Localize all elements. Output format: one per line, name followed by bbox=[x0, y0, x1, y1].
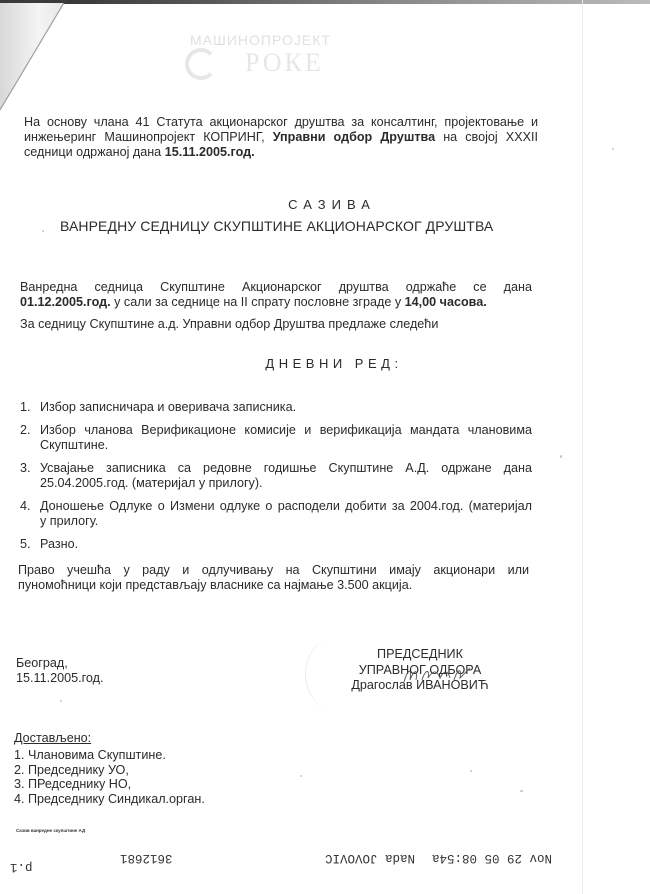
scan-speck bbox=[612, 148, 614, 150]
delivered-heading: Достављено: bbox=[14, 731, 205, 748]
agenda-item: 3. Усвајање записника са редовне годишње… bbox=[20, 461, 532, 491]
intro-line-3: седници одржаној дана 15.11.2005.год. bbox=[24, 145, 538, 160]
letterhead-top-text: МАШИНОПРОЈЕКТ bbox=[190, 32, 331, 48]
scan-speck bbox=[42, 230, 44, 232]
handwritten-signature-icon bbox=[400, 664, 480, 686]
scanned-document-page: МАШИНОПРОЈЕКТ РОКЕ На основу члана 41 Ст… bbox=[0, 0, 650, 894]
board-session-date: 15.11.2005.год. bbox=[165, 145, 255, 159]
fax-sender: Nada JOVOVIC bbox=[325, 851, 415, 865]
meeting-paragraph: Ванредна седница Скупштине Акционарског … bbox=[20, 280, 532, 310]
agenda-item: 1. Избор записничара и оверивача записни… bbox=[20, 400, 532, 415]
intro-paragraph: На основу члана 41 Статута акционарског … bbox=[24, 115, 538, 160]
company-logo-icon bbox=[185, 48, 217, 80]
scan-speck bbox=[560, 455, 562, 458]
folded-corner bbox=[0, 0, 160, 120]
delivered-to-list: Достављено: 1. Члановима Скупштине. 2. П… bbox=[14, 731, 205, 806]
scan-speck bbox=[470, 770, 472, 772]
agenda-item: 4. Доношење Одлуке о Измени одлуке о рас… bbox=[20, 499, 532, 529]
scan-speck bbox=[520, 790, 523, 792]
agenda-item: 5. Разно. bbox=[20, 537, 532, 552]
intro-line-1: На основу члана 41 Статута акционарског … bbox=[24, 115, 538, 130]
document-title: САЗИВА bbox=[0, 197, 650, 212]
city: Београд, bbox=[16, 656, 104, 671]
meeting-date: 01.12.2005.год. bbox=[20, 295, 111, 309]
agenda-item: 2. Избор чланова Верификационе комисије … bbox=[20, 423, 532, 453]
meeting-time: 14,00 часова. bbox=[405, 295, 487, 309]
scan-top-edge bbox=[0, 0, 650, 4]
agenda-list: 1. Избор записничара и оверивача записни… bbox=[20, 400, 532, 560]
place-and-date: Београд, 15.11.2005.год. bbox=[16, 656, 104, 686]
issue-date: 15.11.2005.год. bbox=[16, 671, 104, 686]
recipient: 2. Председнику УО, bbox=[14, 763, 205, 778]
signatory-title-1: ПРЕДСЕДНИК bbox=[330, 647, 510, 663]
meeting-line-2: 01.12.2005.год. у сали за седнице на II … bbox=[20, 295, 532, 310]
recipient: 3. ПРедседнику НО, bbox=[14, 777, 205, 792]
letterhead-watermark: МАШИНОПРОЈЕКТ РОКЕ bbox=[150, 28, 450, 88]
scan-speck bbox=[300, 775, 302, 777]
fax-page-number: p.1 bbox=[10, 860, 33, 874]
letterhead-main-text: РОКЕ bbox=[245, 48, 324, 78]
recipient: 1. Члановима Скупштине. bbox=[14, 748, 205, 763]
fax-timestamp: Nov 29 05 08:54a bbox=[432, 851, 552, 865]
fax-number: 3612681 bbox=[120, 851, 173, 865]
document-subtitle: ВАНРЕДНУ СЕДНИЦУ СКУПШТИНЕ АКЦИОНАРСКОГ … bbox=[60, 219, 493, 234]
meeting-line-1: Ванредна седница Скупштине Акционарског … bbox=[20, 280, 532, 295]
proposal-line: За седницу Скупштине а.д. Управни одбор … bbox=[20, 317, 438, 332]
participation-rights-paragraph: Право учешћа у раду и одлучивању на Скуп… bbox=[18, 563, 529, 593]
scan-margin-line bbox=[582, 0, 583, 894]
scan-speck bbox=[60, 700, 62, 702]
recipient: 4. Председнику Синдикал.орган. bbox=[14, 792, 205, 807]
board-name: Управни одбор Друштва bbox=[273, 130, 435, 144]
intro-line-2: инжењеринг Машинопројект КОПРИНГ, Управн… bbox=[24, 130, 538, 145]
agenda-title: ДНЕВНИ РЕД: bbox=[0, 356, 650, 371]
file-reference-note: Сазив ванредне скупштине АД bbox=[16, 828, 85, 833]
